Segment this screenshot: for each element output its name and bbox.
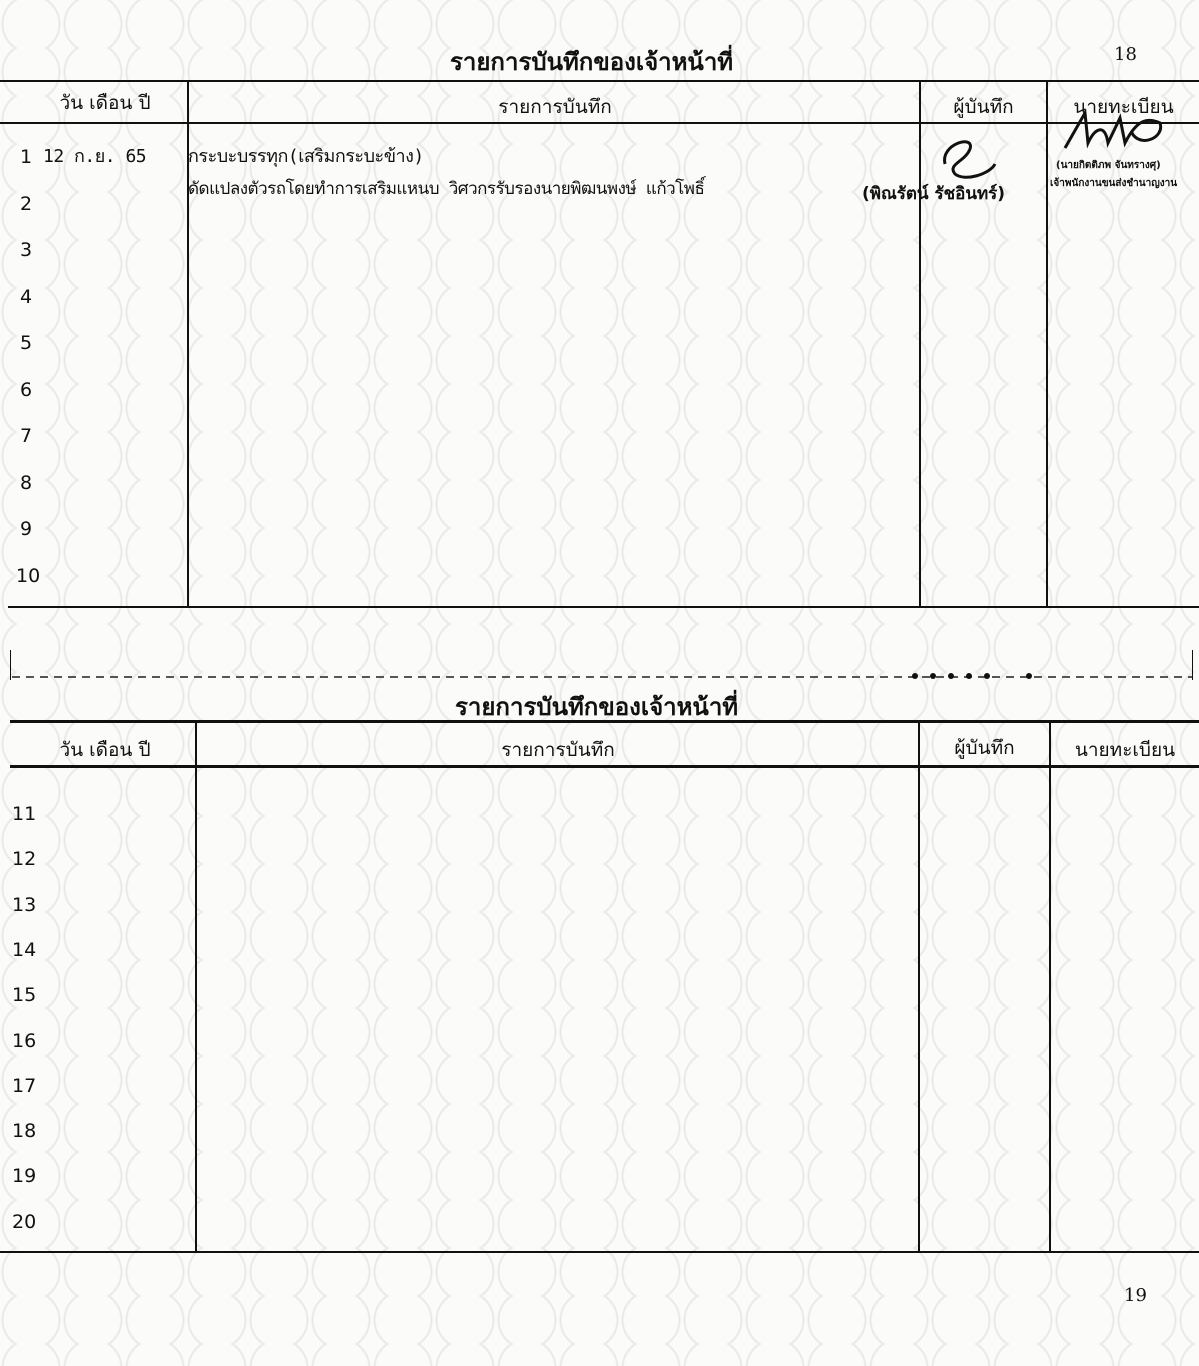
- top-col-divider-entry: [919, 80, 921, 608]
- top-table-header-border: [0, 122, 1199, 124]
- row-number: 4: [20, 286, 32, 308]
- bottom-header-recorder: ผู้บันทึก: [920, 733, 1049, 763]
- perforation-mark: [948, 673, 954, 679]
- bottom-header-entry: รายการบันทึก: [198, 735, 918, 765]
- recorder-signature-icon: [935, 134, 1005, 184]
- row-number: 12: [12, 848, 36, 870]
- row-number: 8: [20, 472, 32, 494]
- entry-line-2: ดัดแปลงตัวรถโดยทำการเสริมแหนบ วิศวกรรับร…: [188, 175, 704, 202]
- perforation-mark: [1026, 673, 1032, 679]
- entry-date: 12 ก.ย. 65: [43, 141, 146, 170]
- top-header-entry: รายการบันทึก: [190, 92, 920, 122]
- security-pattern-background: [0, 0, 1199, 1366]
- perforation-mark: [984, 673, 990, 679]
- registrar-name: (นายกิตติภพ จันทรางศุ): [1056, 158, 1161, 173]
- bottom-header-registrar: นายทะเบียน: [1051, 735, 1199, 765]
- perforation-mark: [966, 673, 972, 679]
- row-number: 14: [12, 939, 36, 961]
- perforation-edge-right: [1192, 650, 1193, 680]
- bottom-table-header-border: [10, 765, 1199, 768]
- bottom-col-divider-entry: [918, 720, 920, 1253]
- row-number: 13: [12, 894, 36, 916]
- row-number: 7: [20, 425, 32, 447]
- top-page-title: รายการบันทึกของเจ้าหน้าที่: [450, 42, 733, 81]
- row-number: 3: [20, 239, 32, 261]
- row-number: 17: [12, 1075, 36, 1097]
- row-number: 6: [20, 379, 32, 401]
- row-number: 9: [20, 518, 32, 540]
- bottom-header-date: วัน เดือน ปี: [30, 735, 180, 765]
- registrar-title: เจ้าพนักงานขนส่งชำนาญงาน: [1050, 176, 1177, 191]
- bottom-table-bottom-border: [0, 1251, 1199, 1253]
- row-number: 11: [12, 803, 36, 825]
- registrar-signature-icon: [1060, 108, 1170, 156]
- top-header-recorder: ผู้บันทึก: [921, 92, 1046, 122]
- recorder-name: (พิณรัตน์ รัชอินทร์): [862, 180, 1005, 207]
- perforation-mark: [930, 673, 936, 679]
- row-number: 15: [12, 984, 36, 1006]
- perforation-mark: [912, 673, 918, 679]
- entry-line-1: กระบะบรรทุก(เสริมกระบะข้าง): [188, 141, 424, 170]
- bottom-page-number: 19: [1124, 1285, 1147, 1306]
- top-table-top-border: [0, 80, 1199, 82]
- top-header-date: วัน เดือน ปี: [30, 88, 180, 118]
- row-number: 18: [12, 1120, 36, 1142]
- bottom-col-divider-recorder: [1049, 720, 1051, 1253]
- row-number: 19: [12, 1165, 36, 1187]
- row-number: 10: [16, 565, 40, 587]
- bottom-table-top-border: [10, 720, 1199, 723]
- perforation-edge-left: [10, 650, 11, 680]
- top-page-number: 18: [1114, 44, 1137, 65]
- bottom-col-divider-date: [195, 720, 197, 1253]
- row-number: 1: [20, 146, 32, 168]
- perforation-line: [12, 676, 1192, 678]
- top-col-divider-recorder: [1046, 80, 1048, 608]
- row-number: 2: [20, 193, 32, 215]
- row-number: 16: [12, 1030, 36, 1052]
- row-number: 5: [20, 332, 32, 354]
- row-number: 20: [12, 1211, 36, 1233]
